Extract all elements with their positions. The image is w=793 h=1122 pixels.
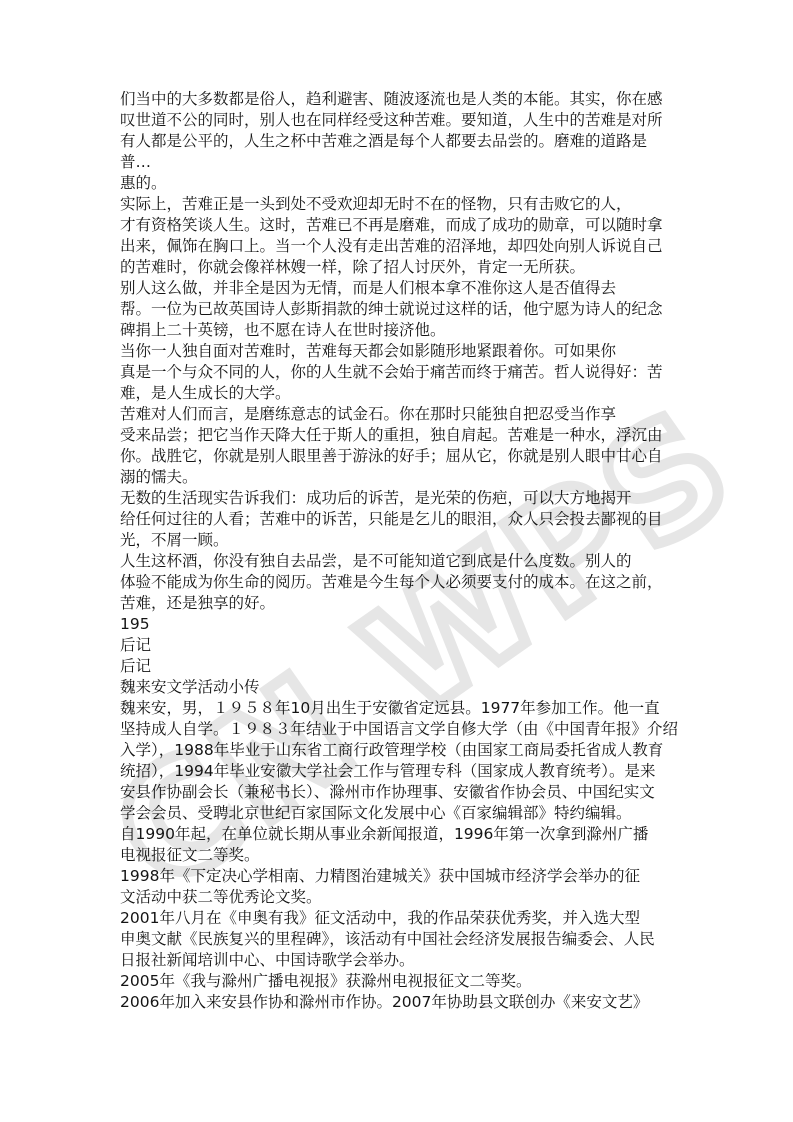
text-line: 体验不能成为你生命的阅历。苦难是今生每个人必须要支付的成本。在这之前，	[120, 572, 700, 593]
text-line: 真是一个与众不同的人，你的人生就不会始于痛苦而终于痛苦。哲人说得好：苦	[120, 362, 700, 383]
text-line: 魏来安文学活动小传	[120, 677, 700, 698]
text-line: 学会会员、受聘北京世纪百家国际文化发展中心《百家编辑部》特约编辑。	[120, 803, 700, 824]
text-line: 们当中的大多数都是俗人，趋利避害、随波逐流也是人类的本能。其实，你在感	[120, 89, 700, 110]
text-line: 溺的懦夫。	[120, 467, 700, 488]
text-line: 文活动中获二等优秀论文奖。	[120, 887, 700, 908]
text-line: 统招），1994年毕业安徽大学社会工作与管理专科（国家成人教育统考）。是来	[120, 761, 700, 782]
text-line: 电视报征文二等奖。	[120, 845, 700, 866]
text-line: 实际上，苦难正是一头到处不受欢迎却无时不在的怪物，只有击败它的人，	[120, 194, 700, 215]
document-page: CN WPS 们当中的大多数都是俗人，趋利避害、随波逐流也是人类的本能。其实，你…	[0, 0, 793, 1122]
text-line: 入学），1988年毕业于山东省工商行政管理学校（由国家工商局委托省成人教育	[120, 740, 700, 761]
text-line: 叹世道不公的同时，别人也在同样经受这种苦难。要知道，人生中的苦难是对所	[120, 110, 700, 131]
text-line: 帮。一位为已故英国诗人彭斯捐款的绅士就说过这样的话，他宁愿为诗人的纪念	[120, 299, 700, 320]
text-line: 才有资格笑谈人生。这时，苦难已不再是磨难，而成了成功的勋章，可以随时拿	[120, 215, 700, 236]
document-text: 们当中的大多数都是俗人，趋利避害、随波逐流也是人类的本能。其实，你在感叹世道不公…	[120, 89, 700, 1013]
text-line: 无数的生活现实告诉我们：成功后的诉苦，是光荣的伤疤，可以大方地揭开	[120, 488, 700, 509]
text-line: 当你一人独自面对苦难时，苦难每天都会如影随形地紧跟着你。可如果你	[120, 341, 700, 362]
text-line: 195	[120, 614, 700, 635]
text-line: 坚持成人自学。１９８３年结业于中国语言文学自修大学（由《中国青年报》介绍	[120, 719, 700, 740]
text-line: 后记	[120, 635, 700, 656]
text-line: 苦难，还是独享的好。	[120, 593, 700, 614]
text-line: 2001年八月在《申奥有我》征文活动中，我的作品荣获优秀奖，并入选大型	[120, 908, 700, 929]
text-line: 的苦难时，你就会像祥林嫂一样，除了招人讨厌外，肯定一无所获。	[120, 257, 700, 278]
text-line: 别人这么做，并非全是因为无情，而是人们根本拿不准你这人是否值得去	[120, 278, 700, 299]
text-line: 你。战胜它，你就是别人眼里善于游泳的好手；屈从它，你就是别人眼中甘心自	[120, 446, 700, 467]
text-line: 受来品尝；把它当作天降大任于斯人的重担，独自肩起。苦难是一种水，浮沉由	[120, 425, 700, 446]
text-line: 魏来安，男，１９５８年10月出生于安徽省定远县。1977年参加工作。他一直	[120, 698, 700, 719]
text-line: 日报社新闻培训中心、中国诗歌学会举办。	[120, 950, 700, 971]
text-line: 碑捐上二十英镑，也不愿在诗人在世时接济他。	[120, 320, 700, 341]
text-line: 自1990年起，在单位就长期从事业余新闻报道，1996年第一次拿到滁州广播	[120, 824, 700, 845]
text-line: 1998年《下定决心学相南、力精图治建城关》获中国城市经济学会举办的征	[120, 866, 700, 887]
text-line: 给任何过往的人看；苦难中的诉苦，只能是乞儿的眼泪，众人只会投去鄙视的目	[120, 509, 700, 530]
text-line: 有人都是公平的，人生之杯中苦难之酒是每个人都要去品尝的。磨难的道路是	[120, 131, 700, 152]
text-line: 后记	[120, 656, 700, 677]
text-line: 2005年《我与滁州广播电视报》获滁州电视报征文二等奖。	[120, 971, 700, 992]
text-line: 申奥文献《民族复兴的里程碑》，该活动有中国社会经济发展报告编委会、人民	[120, 929, 700, 950]
text-line: 苦难对人们而言，是磨练意志的试金石。你在那时只能独自把忍受当作享	[120, 404, 700, 425]
text-line: 普…	[120, 152, 700, 173]
text-line: 出来，佩饰在胸口上。当一个人没有走出苦难的沼泽地，却四处向别人诉说自己	[120, 236, 700, 257]
text-line: 2006年加入来安县作协和滁州市作协。2007年协助县文联创办《来安文艺》	[120, 992, 700, 1013]
text-line: 人生这杯酒，你没有独自去品尝，是不可能知道它到底是什么度数。别人的	[120, 551, 700, 572]
text-line: 安县作协副会长（兼秘书长）、滁州市作协理事、安徽省作协会员、中国纪实文	[120, 782, 700, 803]
text-line: 光，不屑一顾。	[120, 530, 700, 551]
text-line: 惠的。	[120, 173, 700, 194]
text-line: 难，是人生成长的大学。	[120, 383, 700, 404]
